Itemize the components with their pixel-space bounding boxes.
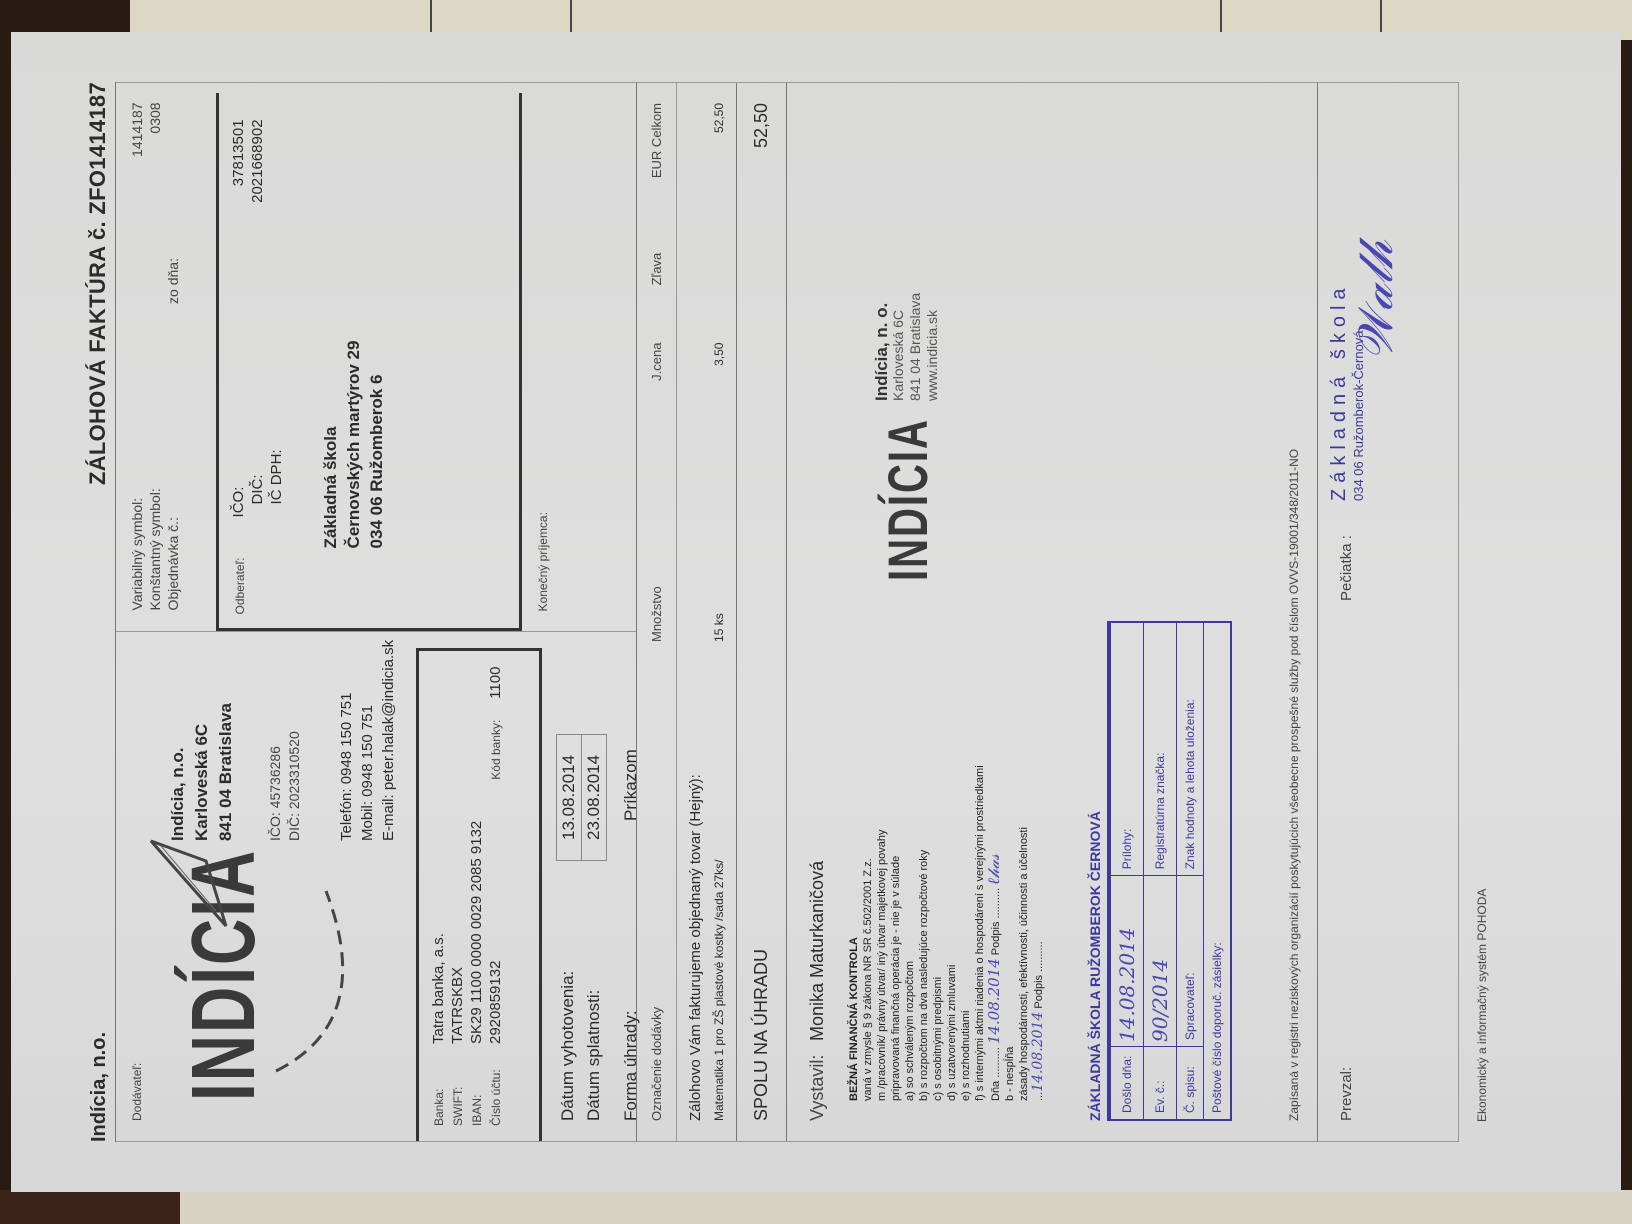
background-paper-bottom xyxy=(180,1190,1632,1224)
invoice-title: ZÁLOHOVÁ FAKTÚRA č. ZFO1414187 xyxy=(85,82,111,485)
issued-label: Dátum vyhotovenia: xyxy=(556,861,582,1121)
registry-title: ZÁKLADNÁ ŠKOLA RUŽOMBEROK ČERNOVÁ xyxy=(1087,621,1109,1121)
lower-section: Vystavil: Monika Maturkaničová BEŽNÁ FIN… xyxy=(787,82,1317,1142)
stamp-street: Karloveská 6C xyxy=(890,201,907,401)
constant-symbol-label: Konštantný symbol: xyxy=(146,334,164,611)
signature: 𝒲𝒶𝓁𝒽 xyxy=(1348,241,1405,361)
supplier-phone: Telefón: 0948 150 751 xyxy=(336,640,357,841)
customer-city: 034 06 Ružomberok 6 xyxy=(365,341,388,549)
customer-dic-label: DIČ: xyxy=(248,338,267,518)
issuer-label: Vystavil: xyxy=(807,1041,828,1121)
account-label: Číslo účtu: xyxy=(486,1045,505,1127)
total-label: SPOLU NA ÚHRADU xyxy=(751,949,772,1121)
customer-dic: 2021668902 xyxy=(248,118,267,338)
fc-line-6: d) s uzatvorenými zmluvami xyxy=(945,681,959,1101)
col-total: EUR Celkom xyxy=(649,103,664,253)
items-intro: Zálohovo Vám fakturujeme objednaný tovar… xyxy=(687,103,704,1121)
variable-symbol-value: 1414187 xyxy=(128,101,146,227)
processor-label: Spracovateľ: xyxy=(1177,876,1204,1047)
fc-line-0: vaná v zmysle § 9 zákona NR SR č.502/200… xyxy=(861,681,875,1101)
total-row: SPOLU NA ÚHRADU 52,50 xyxy=(736,83,787,1141)
col-discount: Zľava xyxy=(649,253,664,343)
stamp-name: Indícia, n. o. xyxy=(873,201,890,401)
due-label: Dátum splatnosti: xyxy=(582,861,607,1121)
received-label: Došlo dňa: xyxy=(1110,1047,1144,1121)
symbols-section: Variabilný symbol:1414187 Konštantný sym… xyxy=(116,82,636,631)
fc-sign-label: Podpis .......... xyxy=(990,888,1002,955)
customer-label: Odberateľ: xyxy=(233,558,247,615)
supplier-label: Dodávateľ: xyxy=(130,1063,144,1121)
footer-section: Prevzal: Pečiatka : Základná škola 034 0… xyxy=(1317,82,1459,1142)
fc-title: BEŽNÁ FINANČNÁ KONTROLA xyxy=(847,681,861,1101)
postal-number-label: Poštové číslo doporuč. zásielky: xyxy=(1204,622,1232,1120)
payment-method: Príkazom xyxy=(619,749,643,821)
total-value: 52,50 xyxy=(751,103,772,148)
org-short-name: Indícia, n.o. xyxy=(88,1032,111,1142)
dashed-arc-icon xyxy=(266,881,386,1081)
customer-name: Základná škola xyxy=(319,341,342,549)
bank-box: Banka:Tatra banka, a.s. SWIFT:TATRSKBX I… xyxy=(416,648,542,1141)
customer-ico-label: IČO: xyxy=(229,338,248,518)
swift-label: SWIFT: xyxy=(448,1045,467,1127)
fc-line-2: pripravovaná finančná operácia je - nie … xyxy=(889,681,903,1101)
supplier-section: Dodávateľ: INDÍCIA Indícia, n.o. Karlove… xyxy=(116,631,636,1142)
item-total: 52,50 xyxy=(712,103,726,253)
customer-street: Černovských martýrov 29 xyxy=(342,341,365,549)
fc-sign2-label: Podpis .......... xyxy=(1033,941,1045,1008)
financial-control-stamp: BEŽNÁ FINANČNÁ KONTROLA vaná v zmysle § … xyxy=(847,681,1046,1101)
items-header: Označenie dodávky Množstvo J.cena Zľava … xyxy=(637,83,677,1141)
registry-mark-label: Registratúrna značka: xyxy=(1144,622,1177,876)
fc-line-7: e) s rozhodnutiami xyxy=(959,681,973,1101)
issued-date: 13.08.2014 xyxy=(556,734,582,861)
supplier-stamp: INDÍCIA Indícia, n. o. Karloveská 6C 841… xyxy=(887,418,932,581)
iban-value: SK29 1100 0000 0029 2085 9132 xyxy=(467,820,486,1045)
issuer-name: Monika Maturkaničová xyxy=(807,861,828,1041)
fc-date2-handwritten: 14.08.2014 xyxy=(1030,1012,1046,1092)
supplier-dic: DIČ: 2023310520 xyxy=(285,731,304,841)
customer-box: Odberateľ: IČO:37813501 DIČ:2021668902 I… xyxy=(216,93,522,631)
fc-line-b: b - nespĺňa xyxy=(1003,681,1017,1101)
ev-number-label: Ev. č.: xyxy=(1144,1047,1177,1121)
item-description: Matematika 1 pro ZŠ plastové kostky /sad… xyxy=(712,642,726,1121)
registry-note: Zapísaná v registri neziskových organizá… xyxy=(1287,101,1301,1121)
supplier-street: Karloveská 6C xyxy=(190,703,214,841)
item-quantity: 15 ks xyxy=(712,442,726,642)
col-quantity: Množstvo xyxy=(649,442,664,642)
pen-nib-icon xyxy=(146,831,236,931)
col-unit-price: J.cena xyxy=(649,343,664,443)
bank-code-value: 1100 xyxy=(487,667,504,699)
invoice-header: Indícia, n.o. ZÁLOHOVÁ FAKTÚRA č. ZFO141… xyxy=(71,82,111,1142)
fc-line-3: a) so schváleným rozpočtom xyxy=(903,681,917,1101)
fc-line-c: zásady hospodárnosti, efektívnosti, účin… xyxy=(1017,681,1031,1101)
stamp-label: Pečiatka : xyxy=(1338,535,1355,601)
bank-code-label: Kód banky: xyxy=(489,720,503,780)
items-table: Označenie dodávky Množstvo J.cena Zľava … xyxy=(636,82,787,1142)
bank-label: Banka: xyxy=(429,1045,448,1127)
supplier-ico: IČO: 45736286 xyxy=(266,731,285,841)
order-label: Objednávka č.: xyxy=(164,334,182,611)
stamp-web: www.indicia.sk xyxy=(924,201,941,401)
table-row: Zálohovo Vám fakturujeme objednaný tovar… xyxy=(677,83,736,1141)
variable-symbol-label: Variabilný symbol: xyxy=(128,334,146,611)
item-discount xyxy=(712,253,726,343)
bank-name: Tatra banka, a.s. xyxy=(429,820,448,1045)
value-mark-label: Znak hodnoty a lehota uloženia: xyxy=(1177,622,1204,876)
stamp-logo: INDÍCIA xyxy=(878,418,941,581)
supplier-city: 841 04 Bratislava xyxy=(214,703,238,841)
swift-value: TATRSKBX xyxy=(448,820,467,1045)
dates-section: Dátum vyhotovenia: 13.08.2014 Dátum spla… xyxy=(556,734,643,1121)
stamp-city: 841 04 Bratislava xyxy=(907,201,924,401)
ev-number-handwritten: 90/2014 xyxy=(1148,959,1172,1042)
fc-line-4: b) s rozpočtom na dva nasledujúce rozpoč… xyxy=(917,681,931,1101)
iban-label: IBAN: xyxy=(467,1045,486,1127)
col-description: Označenie dodávky xyxy=(649,642,664,1121)
supplier-logo: INDÍCIA xyxy=(186,849,260,1101)
item-unit-price: 3,50 xyxy=(712,343,726,443)
due-date: 23.08.2014 xyxy=(582,734,607,861)
invoice-page: Indícia, n.o. ZÁLOHOVÁ FAKTÚRA č. ZFO141… xyxy=(11,32,1621,1192)
supplier-email[interactable]: E-mail: peter.halak@indicia.sk xyxy=(378,640,399,841)
fc-date1-handwritten: 14.08.2014 xyxy=(985,958,1003,1044)
background-desk xyxy=(0,1190,180,1224)
supplier-mobile: Mobil: 0948 150 751 xyxy=(357,640,378,841)
fc-date1-label: Dňa .......... xyxy=(990,1047,1002,1101)
file-number-label: Č. spisu: xyxy=(1177,1047,1204,1121)
received-date-handwritten: 14.08.2014 xyxy=(1115,927,1139,1042)
payment-label: Forma úhrady: xyxy=(619,821,643,1121)
customer-ico: 37813501 xyxy=(229,118,248,338)
registry-stamp: ZÁKLADNÁ ŠKOLA RUŽOMBEROK ČERNOVÁ Došlo … xyxy=(1087,621,1232,1121)
account-value: 2920859132 xyxy=(486,820,505,1045)
supplier-name: Indícia, n.o. xyxy=(166,703,190,841)
fc-line-5: c) s osobitnými predpismi xyxy=(931,681,945,1101)
final-recipient-label: Konečný príjemca: xyxy=(536,512,550,611)
constant-symbol-value: 0308 xyxy=(146,101,164,227)
customer-icdph-label: IČ DPH: xyxy=(267,338,286,518)
order-date-label: zo dňa: xyxy=(164,228,182,335)
received-by-label: Prevzal: xyxy=(1338,1067,1355,1121)
attachments-label: Prílohy: xyxy=(1110,622,1144,876)
software-note: Ekonomický a informačný systém POHODA xyxy=(1475,82,1489,1122)
fc-line-1: m /pracovník/ právny útvar/ iný útvar ma… xyxy=(875,681,889,1101)
